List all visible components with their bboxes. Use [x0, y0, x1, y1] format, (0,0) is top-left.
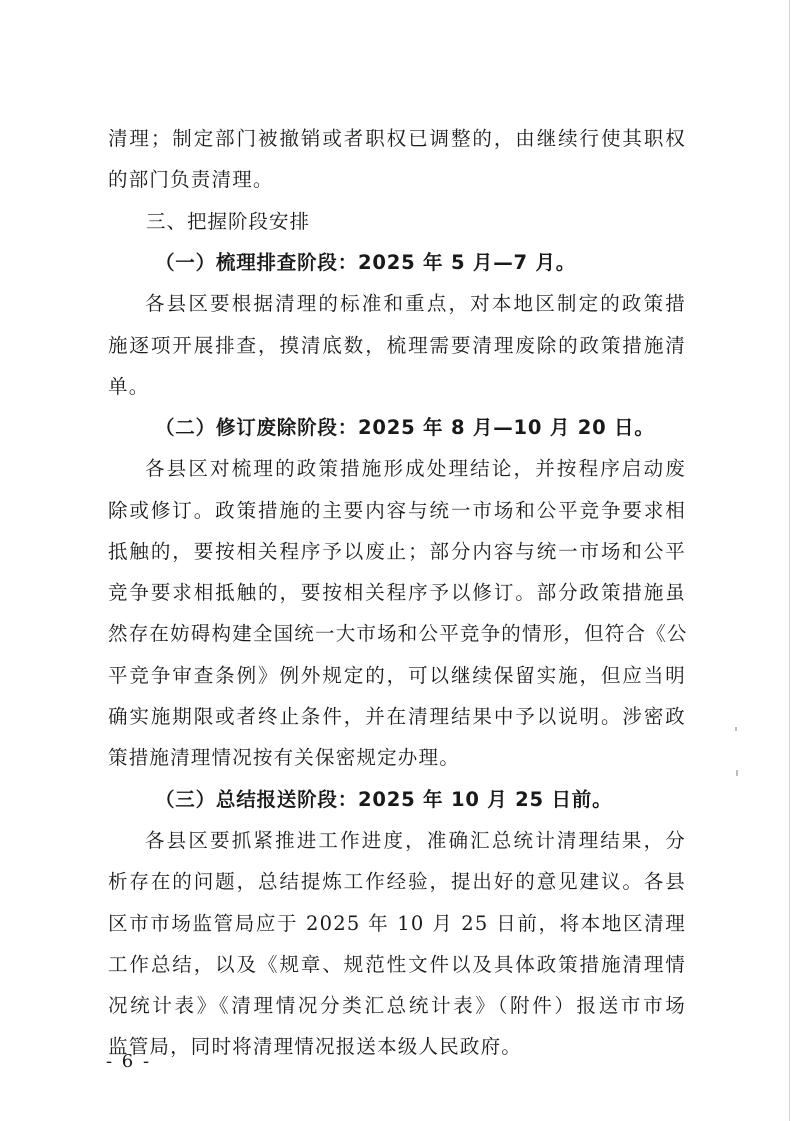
- body-text-line: 确实施期限或者终止条件，并在清理结果中予以说明。涉密政: [108, 703, 686, 731]
- scan-speck: [735, 727, 737, 731]
- body-text-line: 各县区对梳理的政策措施形成处理结论，并按程序启动废: [145, 455, 686, 483]
- body-text-line: 策措施清理情况按有关保密规定办理。: [108, 744, 686, 772]
- body-text-line: 清理；制定部门被撤销或者职权已调整的，由继续行使其职权: [108, 125, 686, 153]
- body-text-line: 各县区要根据清理的标准和重点，对本地区制定的政策措: [145, 290, 686, 318]
- body-text-line: 况统计表》《清理情况分类汇总统计表》（附件）报送市市场: [108, 992, 686, 1020]
- body-text-line: 除或修订。政策措施的主要内容与统一市场和公平竞争要求相: [108, 497, 686, 525]
- body-text-line: 施逐项开展排查，摸清底数，梳理需要清理废除的政策措施清: [108, 332, 686, 360]
- body-text-line: 各县区要抓紧推进工作进度，准确汇总统计清理结果，分: [145, 827, 686, 855]
- body-text-line: 的部门负责清理。: [108, 166, 686, 194]
- body-text-line: 监管局，同时将清理情况报送本级人民政府。: [108, 1033, 686, 1061]
- page-number: - 6 -: [106, 1050, 151, 1074]
- body-text-line: 然存在妨碍构建全国统一大市场和公平竞争的情形，但符合《公: [108, 620, 686, 648]
- scan-speck: [736, 770, 738, 776]
- document-page: 清理；制定部门被撤销或者职权已调整的，由继续行使其职权 的部门负责清理。 三、把…: [0, 0, 793, 1121]
- body-text-line: 抵触的，要按相关程序予以废止；部分内容与统一市场和公平: [108, 538, 686, 566]
- subsection-heading: （一）梳理排查阶段：2025 年 5 月—7 月。: [155, 249, 733, 277]
- subsection-heading: （二）修订废除阶段：2025 年 8 月—10 月 20 日。: [155, 414, 733, 442]
- body-text-line: 区市市场监管局应于 2025 年 10 月 25 日前，将本地区清理: [108, 910, 686, 938]
- body-text-line: 析存在的问题，总结提炼工作经验，提出好的意见建议。各县: [108, 868, 686, 896]
- body-text-line: 竞争要求相抵触的，要按相关程序予以修订。部分政策措施虽: [108, 579, 686, 607]
- body-text-line: 单。: [108, 373, 686, 401]
- scan-edge-line: [789, 0, 790, 1121]
- section-heading: 三、把握阶段安排: [146, 208, 724, 236]
- subsection-heading: （三）总结报送阶段：2025 年 10 月 25 日前。: [155, 786, 733, 814]
- body-text-line: 工作总结，以及《规章、规范性文件以及具体政策措施清理情: [108, 951, 686, 979]
- body-text-line: 平竞争审查条例》例外规定的，可以继续保留实施，但应当明: [108, 662, 686, 690]
